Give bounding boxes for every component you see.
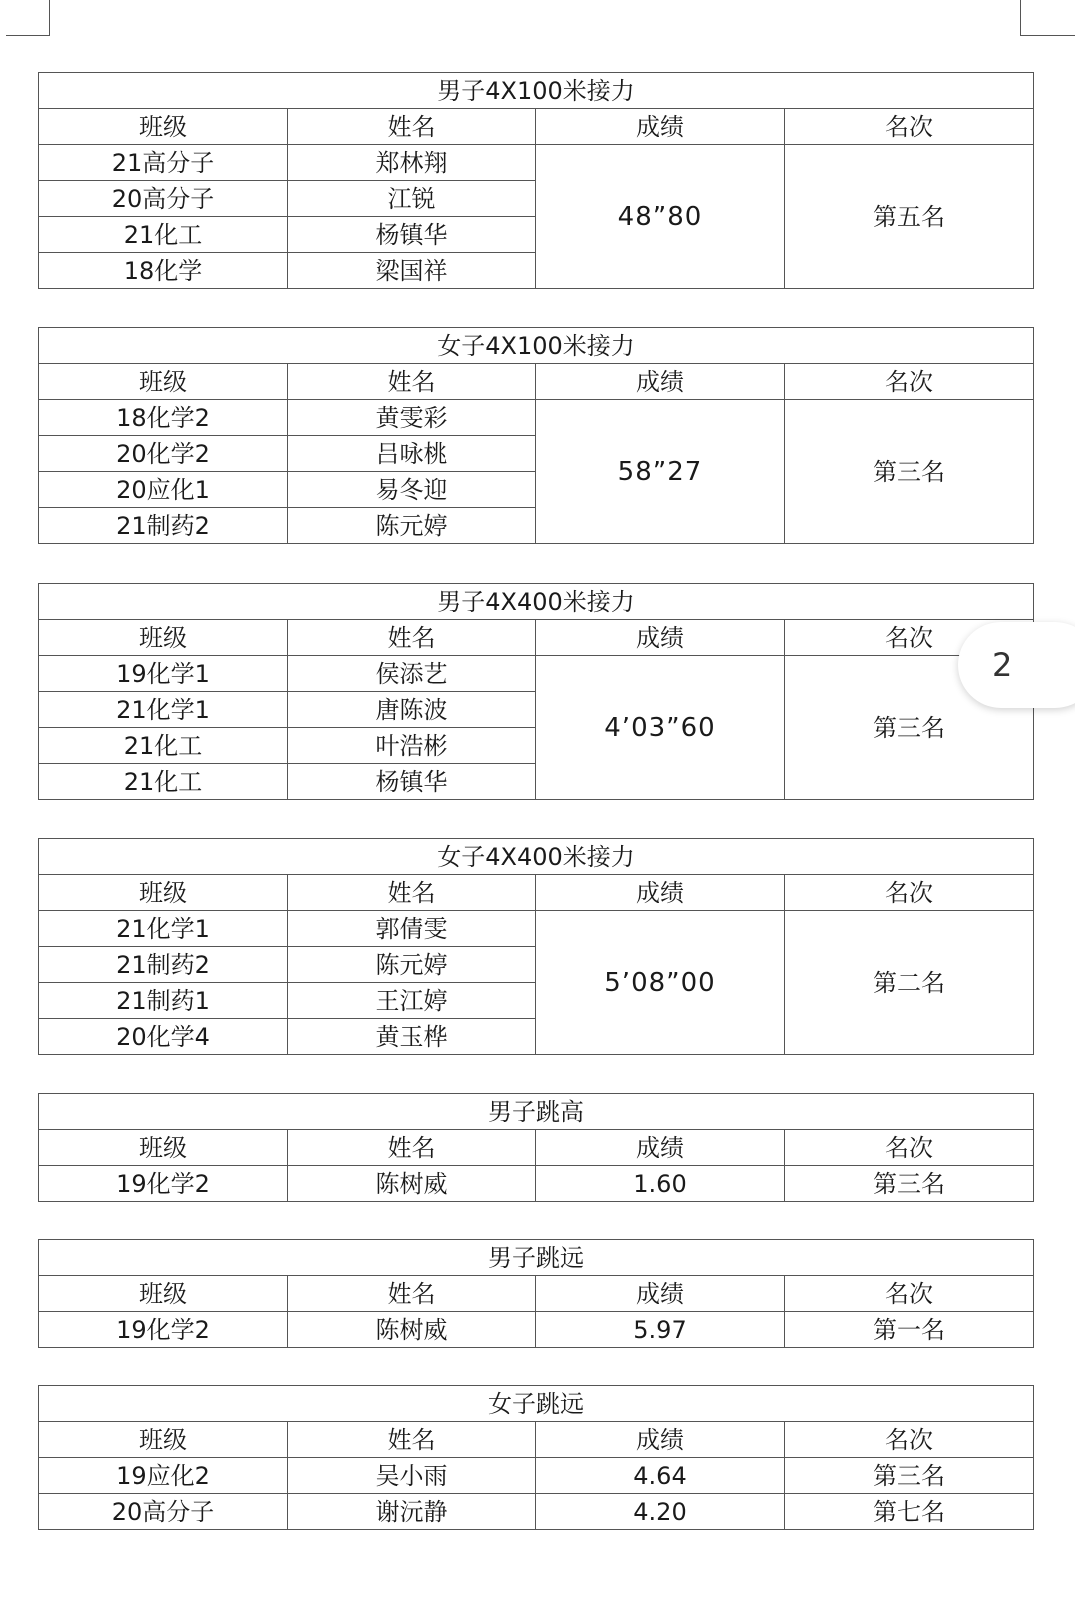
cell-rank: 第一名 — [785, 1312, 1034, 1348]
results-table-women-4x100: 女子4X100米接力 班级 姓名 成绩 名次 18化学2 黄雯彩 58”27 第… — [38, 327, 1034, 544]
header-row: 班级 姓名 成绩 名次 — [39, 1130, 1034, 1166]
cell-name: 易冬迎 — [288, 472, 536, 508]
header-name: 姓名 — [288, 620, 536, 656]
cell-name: 郑林翔 — [288, 145, 536, 181]
cell-class: 21化工 — [39, 764, 288, 800]
header-score: 成绩 — [536, 1422, 785, 1458]
header-score: 成绩 — [536, 1276, 785, 1312]
header-row: 班级 姓名 成绩 名次 — [39, 1276, 1034, 1312]
header-row: 班级 姓名 成绩 名次 — [39, 1422, 1034, 1458]
table-row: 19化学2 陈树威 5.97 第一名 — [39, 1312, 1034, 1348]
cell-rank: 第七名 — [785, 1494, 1034, 1530]
cell-rank: 第三名 — [785, 1166, 1034, 1202]
cell-score: 5.97 — [536, 1312, 785, 1348]
header-rank: 名次 — [785, 1130, 1034, 1166]
cell-name: 吴小雨 — [288, 1458, 536, 1494]
table-row: 19应化2 吴小雨 4.64 第三名 — [39, 1458, 1034, 1494]
cell-class: 21化学1 — [39, 911, 288, 947]
cell-class: 21化学1 — [39, 692, 288, 728]
header-score: 成绩 — [536, 620, 785, 656]
cell-class: 21化工 — [39, 217, 288, 253]
cell-score: 58”27 — [536, 400, 785, 544]
header-score: 成绩 — [536, 109, 785, 145]
cell-class: 20化学2 — [39, 436, 288, 472]
cell-class: 19化学2 — [39, 1312, 288, 1348]
table-title: 女子4X100米接力 — [39, 328, 1034, 364]
cell-rank: 第三名 — [785, 1458, 1034, 1494]
cell-class: 20化学4 — [39, 1019, 288, 1055]
header-class: 班级 — [39, 1276, 288, 1312]
cell-class: 20应化1 — [39, 472, 288, 508]
table-title: 男子4X100米接力 — [39, 73, 1034, 109]
header-rank: 名次 — [785, 875, 1034, 911]
cell-name: 陈树威 — [288, 1312, 536, 1348]
header-rank: 名次 — [785, 1422, 1034, 1458]
cell-class: 19应化2 — [39, 1458, 288, 1494]
header-class: 班级 — [39, 1422, 288, 1458]
cell-name: 江锐 — [288, 181, 536, 217]
cell-class: 19化学2 — [39, 1166, 288, 1202]
header-name: 姓名 — [288, 1276, 536, 1312]
table-title: 女子4X400米接力 — [39, 839, 1034, 875]
cell-score: 4.20 — [536, 1494, 785, 1530]
cell-name: 侯添艺 — [288, 656, 536, 692]
cell-name: 梁国祥 — [288, 253, 536, 289]
header-row: 班级 姓名 成绩 名次 — [39, 620, 1034, 656]
cell-class: 21制药2 — [39, 508, 288, 544]
table-row: 19化学1 侯添艺 4’03”60 第三名 — [39, 656, 1034, 692]
header-name: 姓名 — [288, 364, 536, 400]
results-table-men-high-jump: 男子跳高 班级 姓名 成绩 名次 19化学2 陈树威 1.60 第三名 — [38, 1093, 1034, 1202]
header-rank: 名次 — [785, 364, 1034, 400]
results-table-women-long-jump: 女子跳远 班级 姓名 成绩 名次 19应化2 吴小雨 4.64 第三名 20高分… — [38, 1385, 1034, 1530]
cell-rank: 第三名 — [785, 400, 1034, 544]
header-score: 成绩 — [536, 1130, 785, 1166]
page-number-badge[interactable]: 2 — [958, 622, 1075, 708]
cell-name: 黄雯彩 — [288, 400, 536, 436]
cell-rank: 第二名 — [785, 911, 1034, 1055]
header-class: 班级 — [39, 1130, 288, 1166]
table-row: 19化学2 陈树威 1.60 第三名 — [39, 1166, 1034, 1202]
cell-name: 唐陈波 — [288, 692, 536, 728]
table-row: 18化学2 黄雯彩 58”27 第三名 — [39, 400, 1034, 436]
cell-name: 王江婷 — [288, 983, 536, 1019]
cell-name: 郭倩雯 — [288, 911, 536, 947]
cell-score: 1.60 — [536, 1166, 785, 1202]
cell-class: 21高分子 — [39, 145, 288, 181]
cell-name: 谢沅静 — [288, 1494, 536, 1530]
header-score: 成绩 — [536, 364, 785, 400]
results-table-men-4x400: 男子4X400米接力 班级 姓名 成绩 名次 19化学1 侯添艺 4’03”60… — [38, 583, 1034, 800]
cell-score: 48”80 — [536, 145, 785, 289]
cell-class: 20高分子 — [39, 181, 288, 217]
cell-class: 21制药2 — [39, 947, 288, 983]
cell-class: 18化学2 — [39, 400, 288, 436]
results-table-women-4x400: 女子4X400米接力 班级 姓名 成绩 名次 21化学1 郭倩雯 5’08”00… — [38, 838, 1034, 1055]
page-corner-mark-right — [1020, 0, 1075, 36]
header-class: 班级 — [39, 109, 288, 145]
page-corner-mark-left — [6, 0, 50, 36]
cell-class: 21制药1 — [39, 983, 288, 1019]
header-row: 班级 姓名 成绩 名次 — [39, 109, 1034, 145]
cell-score: 4’03”60 — [536, 656, 785, 800]
header-row: 班级 姓名 成绩 名次 — [39, 364, 1034, 400]
header-class: 班级 — [39, 364, 288, 400]
cell-name: 陈元婷 — [288, 947, 536, 983]
header-name: 姓名 — [288, 1130, 536, 1166]
table-row: 21化学1 郭倩雯 5’08”00 第二名 — [39, 911, 1034, 947]
cell-class: 20高分子 — [39, 1494, 288, 1530]
table-title: 男子跳远 — [39, 1240, 1034, 1276]
cell-rank: 第五名 — [785, 145, 1034, 289]
table-row: 20高分子 谢沅静 4.20 第七名 — [39, 1494, 1034, 1530]
cell-name: 黄玉桦 — [288, 1019, 536, 1055]
header-class: 班级 — [39, 620, 288, 656]
cell-name: 陈树威 — [288, 1166, 536, 1202]
header-class: 班级 — [39, 875, 288, 911]
cell-class: 19化学1 — [39, 656, 288, 692]
cell-name: 杨镇华 — [288, 217, 536, 253]
table-title: 男子4X400米接力 — [39, 584, 1034, 620]
header-row: 班级 姓名 成绩 名次 — [39, 875, 1034, 911]
cell-class: 18化学 — [39, 253, 288, 289]
table-title: 男子跳高 — [39, 1094, 1034, 1130]
cell-name: 吕咏桃 — [288, 436, 536, 472]
header-name: 姓名 — [288, 109, 536, 145]
cell-name: 陈元婷 — [288, 508, 536, 544]
cell-score: 5’08”00 — [536, 911, 785, 1055]
header-rank: 名次 — [785, 109, 1034, 145]
header-name: 姓名 — [288, 1422, 536, 1458]
header-score: 成绩 — [536, 875, 785, 911]
header-name: 姓名 — [288, 875, 536, 911]
cell-score: 4.64 — [536, 1458, 785, 1494]
cell-name: 杨镇华 — [288, 764, 536, 800]
cell-class: 21化工 — [39, 728, 288, 764]
results-table-men-long-jump: 男子跳远 班级 姓名 成绩 名次 19化学2 陈树威 5.97 第一名 — [38, 1239, 1034, 1348]
table-title: 女子跳远 — [39, 1386, 1034, 1422]
results-table-men-4x100: 男子4X100米接力 班级 姓名 成绩 名次 21高分子 郑林翔 48”80 第… — [38, 72, 1034, 289]
cell-name: 叶浩彬 — [288, 728, 536, 764]
header-rank: 名次 — [785, 1276, 1034, 1312]
table-row: 21高分子 郑林翔 48”80 第五名 — [39, 145, 1034, 181]
